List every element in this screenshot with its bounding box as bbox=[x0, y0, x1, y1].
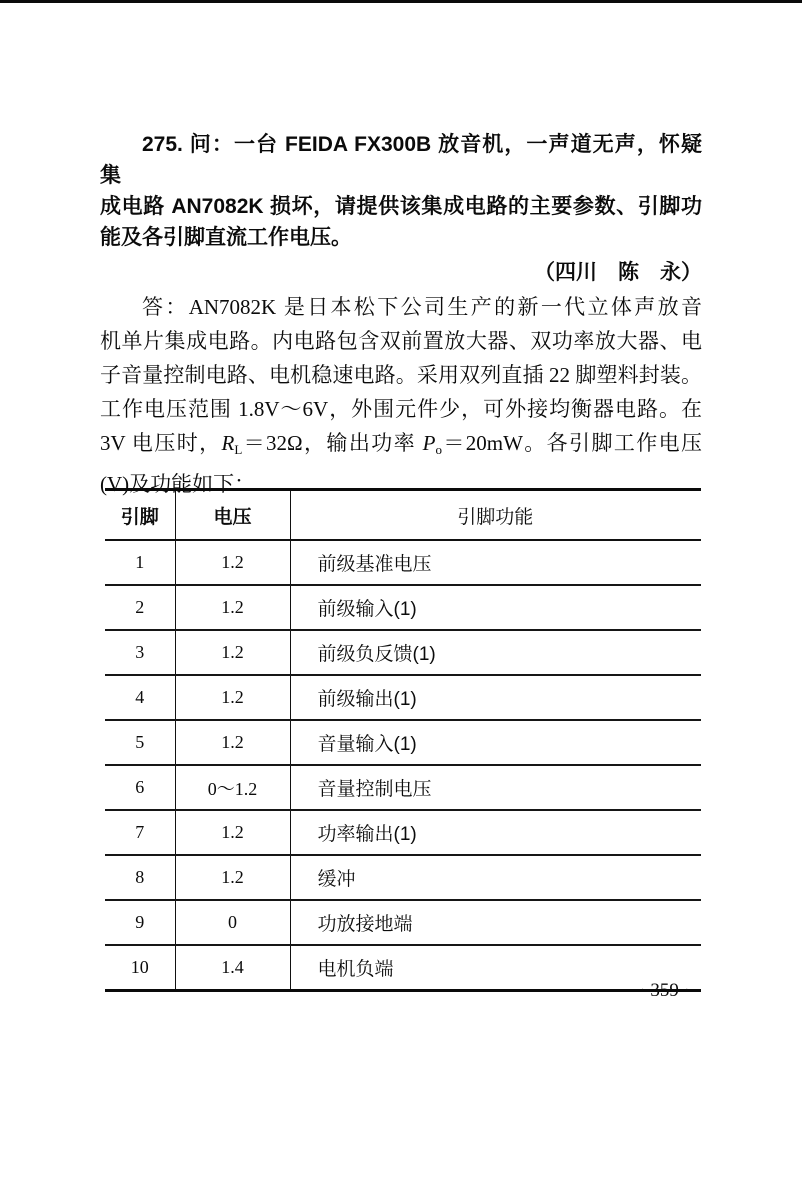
question-line: 成电路 AN7082K 损坏，请提供该集成电路的主要参数、引脚功 bbox=[100, 191, 702, 222]
table-row: 6 0～1.2 音量控制电压 bbox=[105, 765, 701, 810]
table-row: 5 1.2 音量输入(1) bbox=[105, 720, 701, 765]
table-row: 7 1.2 功率输出(1) bbox=[105, 810, 701, 855]
voltage-cell: 1.2 bbox=[175, 855, 290, 900]
voltage-cell: 1.2 bbox=[175, 630, 290, 675]
answer-line: 答：AN7082K 是日本松下公司生产的新一代立体声放音 bbox=[100, 290, 702, 324]
pin-cell: 3 bbox=[105, 630, 175, 675]
table-row: 9 0 功放接地端 bbox=[105, 900, 701, 945]
math-variable-RL: R bbox=[221, 431, 234, 455]
function-cell: 功放接地端 bbox=[290, 900, 701, 945]
table-row: 2 1.2 前级输入(1) bbox=[105, 585, 701, 630]
formula-text: ＝32Ω，输出功率 bbox=[242, 431, 422, 455]
voltage-cell: 1.2 bbox=[175, 585, 290, 630]
answer-formula-line: 3V 电压时，RL＝32Ω，输出功率 Po＝20mW。各引脚工作电压 bbox=[100, 426, 702, 467]
function-cell: 前级基准电压 bbox=[290, 540, 701, 585]
pin-cell: 7 bbox=[105, 810, 175, 855]
function-cell: 音量输入(1) bbox=[290, 720, 701, 765]
question-line: 275. 问：一台 FEIDA FX300B 放音机，一声道无声，怀疑集 bbox=[100, 129, 702, 191]
voltage-cell: 0～1.2 bbox=[175, 765, 290, 810]
page-number: · 359 · bbox=[0, 980, 802, 1002]
function-cell: 前级负反馈(1) bbox=[290, 630, 701, 675]
answer-line: 工作电压范围 1.8V～6V，外围元件少，可外接均衡器电路。在 bbox=[100, 392, 702, 426]
voltage-cell: 1.2 bbox=[175, 675, 290, 720]
function-cell: 前级输出(1) bbox=[290, 675, 701, 720]
table-row: 3 1.2 前级负反馈(1) bbox=[105, 630, 701, 675]
scanned-book-page: 275. 问：一台 FEIDA FX300B 放音机，一声道无声，怀疑集 成电路… bbox=[0, 0, 802, 1200]
header-pin: 引脚 bbox=[105, 490, 175, 541]
formula-text: ＝20mW。各引脚工作电压 bbox=[442, 431, 702, 455]
table-row: 8 1.2 缓冲 bbox=[105, 855, 701, 900]
function-cell: 缓冲 bbox=[290, 855, 701, 900]
answer-line: 机单片集成电路。内电路包含双前置放大器、双功率放大器、电 bbox=[100, 324, 702, 358]
answer-paragraph: 答：AN7082K 是日本松下公司生产的新一代立体声放音 机单片集成电路。内电路… bbox=[100, 290, 702, 501]
pin-cell: 9 bbox=[105, 900, 175, 945]
voltage-cell: 1.2 bbox=[175, 720, 290, 765]
function-cell: 前级输入(1) bbox=[290, 585, 701, 630]
pin-cell: 1 bbox=[105, 540, 175, 585]
answer-line: 子音量控制电路、电机稳速电路。采用双列直插 22 脚塑料封装。 bbox=[100, 358, 702, 392]
pin-cell: 8 bbox=[105, 855, 175, 900]
voltage-cell: 1.2 bbox=[175, 540, 290, 585]
pin-voltage-table: 引脚 电压 引脚功能 1 1.2 前级基准电压 2 1.2 前级输入(1) 3 … bbox=[105, 488, 701, 992]
pin-cell: 5 bbox=[105, 720, 175, 765]
voltage-cell: 0 bbox=[175, 900, 290, 945]
table-row: 1 1.2 前级基准电压 bbox=[105, 540, 701, 585]
header-voltage: 电压 bbox=[175, 490, 290, 541]
table-header-row: 引脚 电压 引脚功能 bbox=[105, 490, 701, 541]
question-line: 能及各引脚直流工作电压。 bbox=[100, 222, 702, 253]
pin-cell: 4 bbox=[105, 675, 175, 720]
question-attribution: （四川 陈 永） bbox=[100, 257, 702, 288]
pin-cell: 2 bbox=[105, 585, 175, 630]
function-cell: 功率输出(1) bbox=[290, 810, 701, 855]
pin-cell: 6 bbox=[105, 765, 175, 810]
scan-artifact-top-line bbox=[0, 0, 802, 3]
table-row: 4 1.2 前级输出(1) bbox=[105, 675, 701, 720]
function-cell: 音量控制电压 bbox=[290, 765, 701, 810]
header-function: 引脚功能 bbox=[290, 490, 701, 541]
formula-text: 3V 电压时， bbox=[100, 431, 221, 455]
math-variable-Po: P bbox=[423, 431, 436, 455]
voltage-cell: 1.2 bbox=[175, 810, 290, 855]
question-paragraph: 275. 问：一台 FEIDA FX300B 放音机，一声道无声，怀疑集 成电路… bbox=[100, 129, 702, 288]
